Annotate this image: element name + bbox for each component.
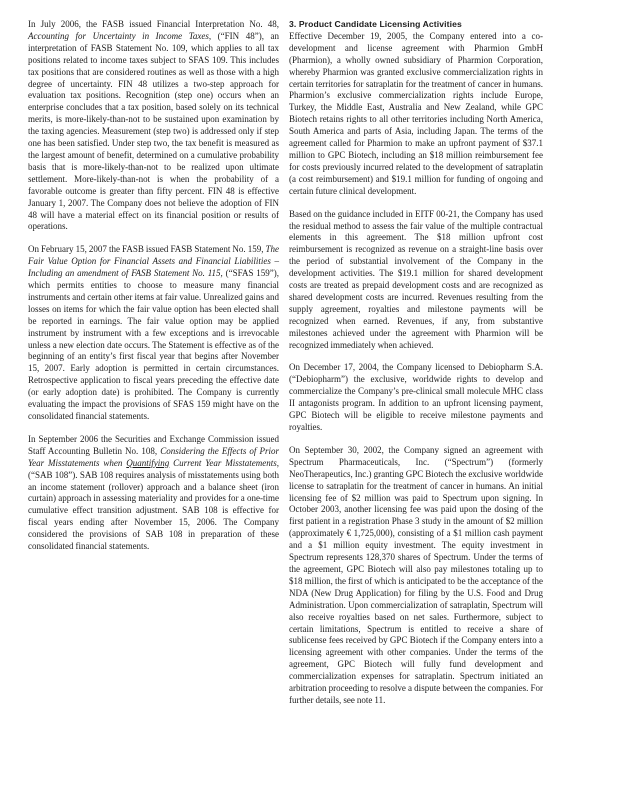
text-segment: Accounting for Uncertainty in Income Tax… <box>28 31 211 41</box>
text-segment: In July 2006, the FASB issued Financial … <box>28 19 279 29</box>
paragraph: In July 2006, the FASB issued Financial … <box>28 19 279 233</box>
text-segment: (“SAB 108”). SAB 108 requires analysis o… <box>28 470 279 551</box>
text-segment: (“FIN 48”), an interpretation of FASB St… <box>28 31 279 232</box>
text-segment: Effective December 19, 2005, the Company… <box>289 31 543 196</box>
text-segment: (“SFAS 159”), which permits entities to … <box>28 268 279 421</box>
section-heading: 3. Product Candidate Licensing Activitie… <box>289 19 543 31</box>
text-segment: Quantifying <box>126 458 169 468</box>
text-segment: On September 30, 2002, the Company signe… <box>289 445 543 705</box>
text-segment: On December 17, 2004, the Company licens… <box>289 362 543 432</box>
paragraph: Based on the guidance included in EITF 0… <box>289 209 543 352</box>
paragraph: In September 2006 the Securities and Exc… <box>28 434 279 553</box>
text-segment: Current Year Misstatements, <box>169 458 279 468</box>
paragraph: On December 17, 2004, the Company licens… <box>289 362 543 433</box>
paragraph: Effective December 19, 2005, the Company… <box>289 31 543 198</box>
paragraph: On September 30, 2002, the Company signe… <box>289 445 543 707</box>
right-column: 3. Product Candidate Licensing Activitie… <box>289 19 543 718</box>
paragraph: On February 15, 2007 the FASB issued FAS… <box>28 244 279 423</box>
document-page: In July 2006, the FASB issued Financial … <box>0 0 628 810</box>
text-segment: On February 15, 2007 the FASB issued FAS… <box>28 244 266 254</box>
left-column: In July 2006, the FASB issued Financial … <box>28 19 279 564</box>
text-segment: Based on the guidance included in EITF 0… <box>289 209 543 350</box>
